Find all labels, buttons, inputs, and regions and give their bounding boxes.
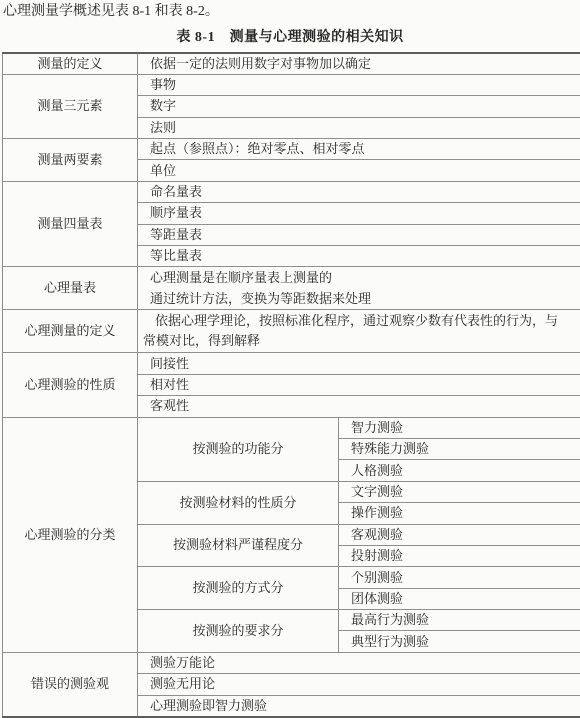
value-cell: 命名量表: [138, 181, 580, 202]
value-cell: 智力测验: [339, 417, 580, 438]
section-label: 错误的测验观: [3, 652, 138, 716]
category-cell: 按测验材料的性质分: [138, 481, 339, 524]
value-cell: 心理测量是在顺序量表上测量的 通过统计方法，变换为等距数据来处理: [138, 267, 580, 310]
value-cell: 投射测验: [339, 545, 580, 566]
value-line: 心理测量是在顺序量表上测量的: [150, 267, 575, 288]
category-cell: 按测验的方式分: [138, 567, 339, 610]
value-cell: 等距量表: [138, 224, 580, 245]
value-cell: 起点（参照点）：绝对零点、相对零点: [138, 139, 580, 160]
value-cell: 团体测验: [339, 588, 580, 609]
table-row: 测量两要素 起点（参照点）：绝对零点、相对零点: [3, 139, 580, 160]
section-label: 心理量表: [3, 267, 138, 310]
section-label: 心理测验的分类: [3, 417, 138, 652]
table-row: 测量四量表 命名量表: [3, 181, 580, 202]
section-label: 测量四量表: [3, 181, 138, 267]
value-cell: 测验万能论: [138, 652, 580, 673]
intro-text: 心理测量学概述见表 8-1 和表 8-2。: [0, 0, 580, 21]
value-cell: 法则: [138, 117, 580, 138]
table-row: 错误的测验观 测验万能论: [3, 652, 580, 673]
value-line: 通过统计方法，变换为等距数据来处理: [150, 288, 575, 309]
value-cell: 依据心理学理论，按照标准化程序，通过观察少数有代表性的行为，与常模对比，得到解释: [138, 310, 580, 353]
value-cell: 个别测验: [339, 567, 580, 588]
section-label: 心理测量的定义: [3, 310, 138, 353]
category-cell: 按测验的要求分: [138, 610, 339, 653]
value-cell: 人格测验: [339, 460, 580, 481]
table-row: 心理量表 心理测量是在顺序量表上测量的 通过统计方法，变换为等距数据来处理: [3, 267, 580, 310]
value-cell: 顺序量表: [138, 203, 580, 224]
knowledge-table: 测量的定义 依据一定的法则用数字对事物加以确定 测量三元素 事物 数字 法则 测…: [2, 52, 580, 718]
table-row: 心理测验的性质 间接性: [3, 353, 580, 374]
value-cell: 客观测验: [339, 524, 580, 545]
table-title: 表 8-1 测量与心理测验的相关知识: [0, 26, 580, 46]
value-cell: 相对性: [138, 374, 580, 395]
value-cell: 依据一定的法则用数字对事物加以确定: [138, 53, 580, 74]
value-cell: 数字: [138, 96, 580, 117]
section-label: 心理测验的性质: [3, 353, 138, 417]
section-label: 测量三元素: [3, 74, 138, 138]
value-cell: 特殊能力测验: [339, 438, 580, 459]
value-cell: 间接性: [138, 353, 580, 374]
category-cell: 按测验的功能分: [138, 417, 339, 481]
table-row: 测量三元素 事物: [3, 74, 580, 95]
value-cell: 等比量表: [138, 246, 580, 267]
value-cell: 单位: [138, 160, 580, 181]
section-label: 测量的定义: [3, 53, 138, 74]
value-cell: 心理测验即智力测验: [138, 695, 580, 716]
value-cell: 文字测验: [339, 481, 580, 502]
table-row: 心理测验的分类 按测验的功能分 智力测验: [3, 417, 580, 438]
value-cell: 客观性: [138, 396, 580, 417]
category-cell: 按测验材料严谨程度分: [138, 524, 339, 567]
value-cell: 事物: [138, 74, 580, 95]
value-cell: 操作测验: [339, 503, 580, 524]
value-cell: 最高行为测验: [339, 610, 580, 631]
value-cell: 典型行为测验: [339, 631, 580, 652]
value-cell: 测验无用论: [138, 674, 580, 695]
section-label: 测量两要素: [3, 139, 138, 182]
table-row: 心理测量的定义 依据心理学理论，按照标准化程序，通过观察少数有代表性的行为，与常…: [3, 310, 580, 353]
table-row: 测量的定义 依据一定的法则用数字对事物加以确定: [3, 53, 580, 74]
scanned-book-page: 心理测量学概述见表 8-1 和表 8-2。 表 8-1 测量与心理测验的相关知识…: [0, 0, 580, 718]
